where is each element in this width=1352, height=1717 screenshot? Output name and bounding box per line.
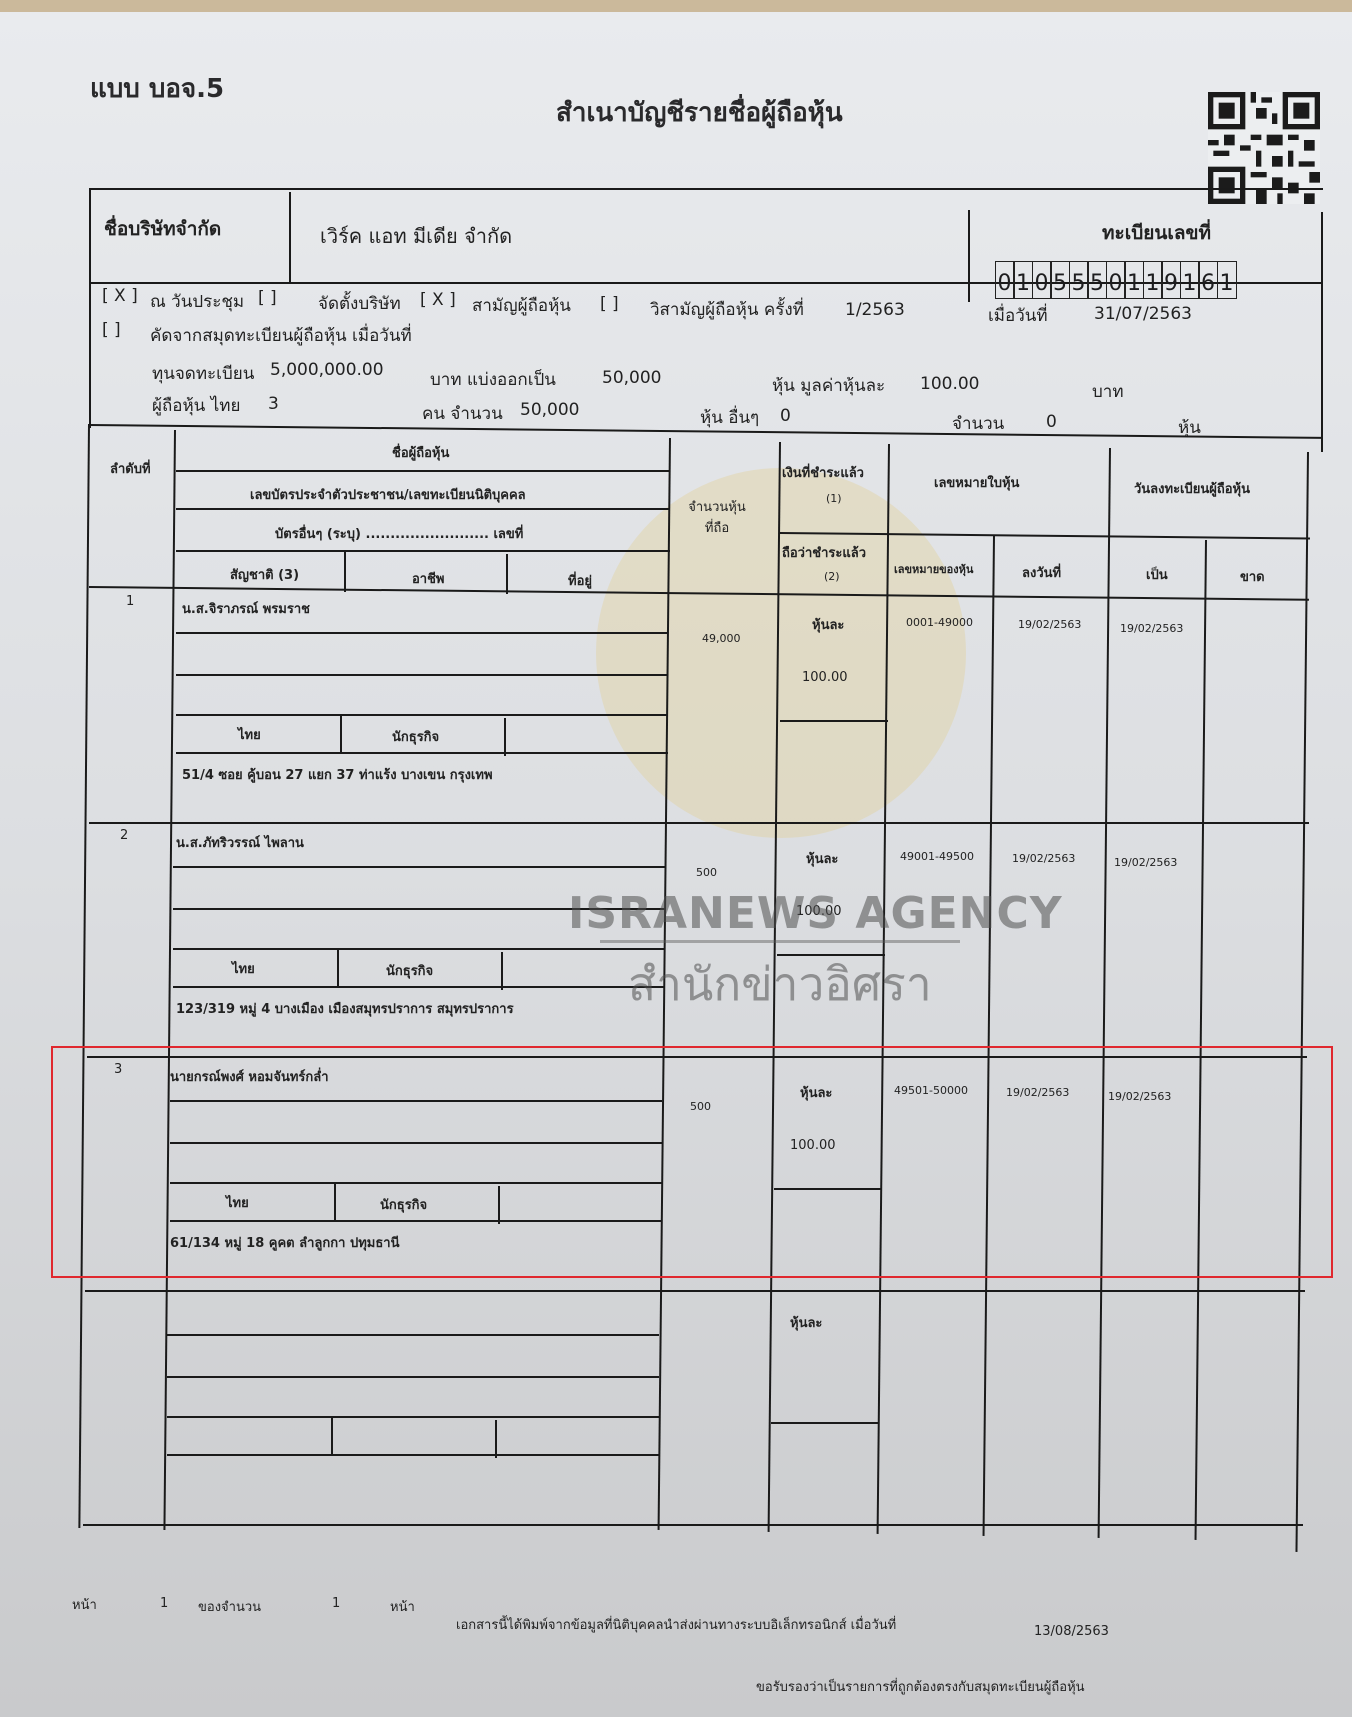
row-line: [83, 1524, 1303, 1526]
company-name-label: ชื่อบริษัทจำกัด: [104, 214, 221, 244]
row-line: [501, 952, 503, 990]
thai-holders-label: ผู้ถือหุ้น ไทย: [152, 392, 240, 419]
copy-checkbox[interactable]: [ ]: [102, 320, 121, 340]
registration-label: ทะเบียนเลขที่: [1102, 218, 1211, 248]
registration-digit: 5: [1069, 261, 1089, 299]
holder-name: น.ส.ภัทริวรรณ์ ไพลาน: [176, 832, 304, 853]
header-cert-no: เลขหมายใบหุ้น: [934, 472, 1019, 493]
header-occupation: อาชีพ: [412, 568, 445, 589]
row-line: [771, 1422, 879, 1424]
registration-digit: 5: [1050, 261, 1070, 299]
registration-digit: 1: [1143, 261, 1163, 299]
row-line: [85, 1290, 1305, 1292]
row-line: [89, 822, 1309, 824]
header-seq: ลำดับที่: [110, 458, 151, 479]
row-line: [780, 720, 888, 722]
hdr-line: [176, 470, 670, 472]
shares-held: 500: [696, 866, 717, 879]
watermark-text-en: ISRANEWS AGENCY: [568, 888, 1063, 939]
registration-digit: 5: [1087, 261, 1107, 299]
meeting-session: 1/2563: [845, 300, 905, 320]
share-numbers: 0001-49000: [906, 616, 973, 629]
highlight-box-shareholder-3: [51, 1046, 1333, 1278]
row-line: [167, 1416, 659, 1418]
header-shares-held: จำนวนหุ้น ที่ถือ: [680, 496, 754, 538]
holder-nationality: ไทย: [232, 958, 255, 979]
form-code: แบบ บอจ.5: [90, 68, 224, 109]
baht-divided-label: บาท แบ่งออกเป็น: [430, 366, 556, 393]
header-deemed-note: (2): [824, 570, 840, 583]
registration-digit: 1: [1217, 261, 1237, 299]
frame-right-upper: [1321, 212, 1323, 452]
row-line: [504, 718, 506, 756]
header-paid-note: (1): [826, 492, 842, 505]
holder-occupation: นักธุรกิจ: [392, 726, 439, 747]
header-paid: เงินที่ชำระแล้ว: [782, 462, 864, 483]
registration-digit: 1: [1124, 261, 1144, 299]
registration-digit: 1: [1180, 261, 1200, 299]
row-seq: 1: [126, 594, 134, 609]
par-value-label: หุ้น มูลค่าหุ้นละ: [772, 372, 885, 399]
watermark-divider: [600, 940, 960, 943]
company-name: เวิร์ค แอท มีเดีย จำกัด: [320, 220, 512, 252]
frame-left-upper: [89, 188, 91, 428]
document-title: สำเนาบัญชีรายชื่อผู้ถือหุ้น: [556, 92, 843, 133]
header-on-date: ลงวันที่: [1022, 562, 1061, 583]
total-shares: 50,000: [602, 368, 661, 388]
header-id-number: เลขบัตรประจำตัวประชาชน/เลขทะเบียนนิติบุค…: [250, 484, 526, 505]
share-numbers: 49001-49500: [900, 850, 974, 863]
holder-address: 123/319 หมู่ 4 บางเมือง เมืองสมุทรปราการ…: [176, 998, 514, 1019]
page-label: หน้า: [72, 1594, 97, 1615]
register-became-date: 19/02/2563: [1114, 856, 1177, 869]
registration-digit: 9: [1161, 261, 1181, 299]
hdr-line: [176, 508, 670, 510]
total-pages: 1: [332, 1596, 340, 1611]
holder-nationality: ไทย: [238, 724, 261, 745]
persons-count-label: คน จำนวน: [422, 400, 503, 427]
row-line: [167, 1376, 659, 1378]
registration-digit: 0: [1106, 261, 1126, 299]
row-line: [495, 1420, 497, 1458]
hdr-line: [344, 552, 346, 592]
establish-checkbox[interactable]: [ ]: [258, 288, 277, 308]
hdr-line: [506, 554, 508, 594]
row-line: [173, 948, 665, 950]
watermark-text-th: สำนักข่าวอิศรา: [628, 948, 932, 1021]
register-became-date: 19/02/2563: [1120, 622, 1183, 635]
watermark-logo: [596, 468, 966, 838]
holder-name: น.ส.จิราภรณ์ พรมราช: [182, 598, 310, 619]
thai-holders: 3: [268, 394, 279, 414]
divider: [968, 210, 970, 302]
header-address: ที่อยู่: [568, 570, 592, 591]
cert-date: 19/02/2563: [1012, 852, 1075, 865]
header-other-card: บัตรอื่นๆ (ระบุ) .......................…: [275, 523, 523, 544]
row-line: [176, 714, 668, 716]
divider: [289, 192, 291, 284]
thai-shares: 50,000: [520, 400, 579, 420]
meeting-date: 31/07/2563: [1094, 304, 1192, 324]
meeting-label: ณ วันประชุม: [150, 288, 244, 315]
registration-digit: 0: [995, 261, 1015, 299]
header-became: เป็น: [1146, 564, 1168, 585]
ordinary-checkbox[interactable]: [ X ]: [420, 290, 456, 310]
row-line: [167, 1454, 659, 1456]
printed-note: เอกสารนี้ได้พิมพ์จากข้อมูลที่นิติบุคคลนำ…: [456, 1614, 896, 1635]
header-share-no: เลขหมายของหุ้น: [894, 560, 973, 578]
empty-row-per-share-label: หุ้นละ: [790, 1312, 822, 1333]
row-line: [176, 752, 668, 754]
header-deemed-paid: ถือว่าชำระแล้ว: [782, 542, 866, 563]
header-register-date: วันลงทะเบียนผู้ถือหุ้น: [1134, 478, 1250, 499]
header-holder-name: ชื่อผู้ถือหุ้น: [392, 442, 449, 463]
extraordinary-label: วิสามัญผู้ถือหุ้น ครั้งที่: [650, 296, 804, 323]
other-holders: 0: [780, 406, 791, 426]
establish-label: จัดตั้งบริษัท: [318, 290, 401, 317]
printed-date: 13/08/2563: [1034, 1624, 1109, 1639]
header-ceased: ขาด: [1240, 566, 1265, 587]
cert-date: 19/02/2563: [1018, 618, 1081, 631]
per-share-value: 100.00: [802, 670, 848, 685]
other-label: หุ้น อื่นๆ: [700, 404, 759, 431]
baht-label: บาท: [1092, 378, 1124, 405]
page-number: 1: [160, 1596, 168, 1611]
per-share-label: หุ้นละ: [812, 614, 844, 635]
row-line: [176, 632, 668, 634]
row-line: [173, 986, 665, 988]
registration-number: 0105550119161: [996, 261, 1237, 299]
shares-held: 49,000: [702, 632, 741, 645]
meeting-checkbox[interactable]: [ X ]: [102, 286, 138, 306]
meeting-date-label: เมื่อวันที่: [988, 302, 1048, 329]
ordinary-label: สามัญผู้ถือหุ้น: [472, 292, 571, 319]
row-line: [173, 866, 665, 868]
extraordinary-checkbox[interactable]: [ ]: [600, 294, 619, 314]
holder-address: 51/4 ซอย คู้บอน 27 แยก 37 ท่าแร้ง บางเขน…: [182, 764, 493, 785]
of-label: ของจำนวน: [198, 1596, 261, 1617]
copy-label: คัดจากสมุดทะเบียนผู้ถือหุ้น เมื่อวันที่: [150, 322, 412, 349]
registration-digit: 6: [1198, 261, 1218, 299]
row-line: [331, 1418, 333, 1456]
row-seq: 2: [120, 828, 128, 843]
pages-label: หน้า: [390, 1596, 415, 1617]
header-nationality: สัญชาติ (3): [230, 564, 299, 585]
registered-capital-label: ทุนจดทะเบียน: [152, 360, 254, 387]
frame-top: [89, 188, 1323, 190]
row-line: [340, 716, 342, 754]
registered-capital: 5,000,000.00: [270, 360, 384, 380]
certify-note: ขอรับรองว่าเป็นรายการที่ถูกต้องตรงกับสมุ…: [756, 1676, 1085, 1697]
hdr-line: [176, 550, 670, 552]
registration-digit: 1: [1013, 261, 1033, 299]
holder-occupation: นักธุรกิจ: [386, 960, 433, 981]
registration-digit: 0: [1032, 261, 1052, 299]
per-share-label: หุ้นละ: [806, 848, 838, 869]
row-line: [176, 674, 668, 676]
row-line: [337, 950, 339, 988]
row-line: [167, 1334, 659, 1336]
par-value: 100.00: [920, 374, 979, 394]
other-shares: 0: [1046, 412, 1057, 432]
